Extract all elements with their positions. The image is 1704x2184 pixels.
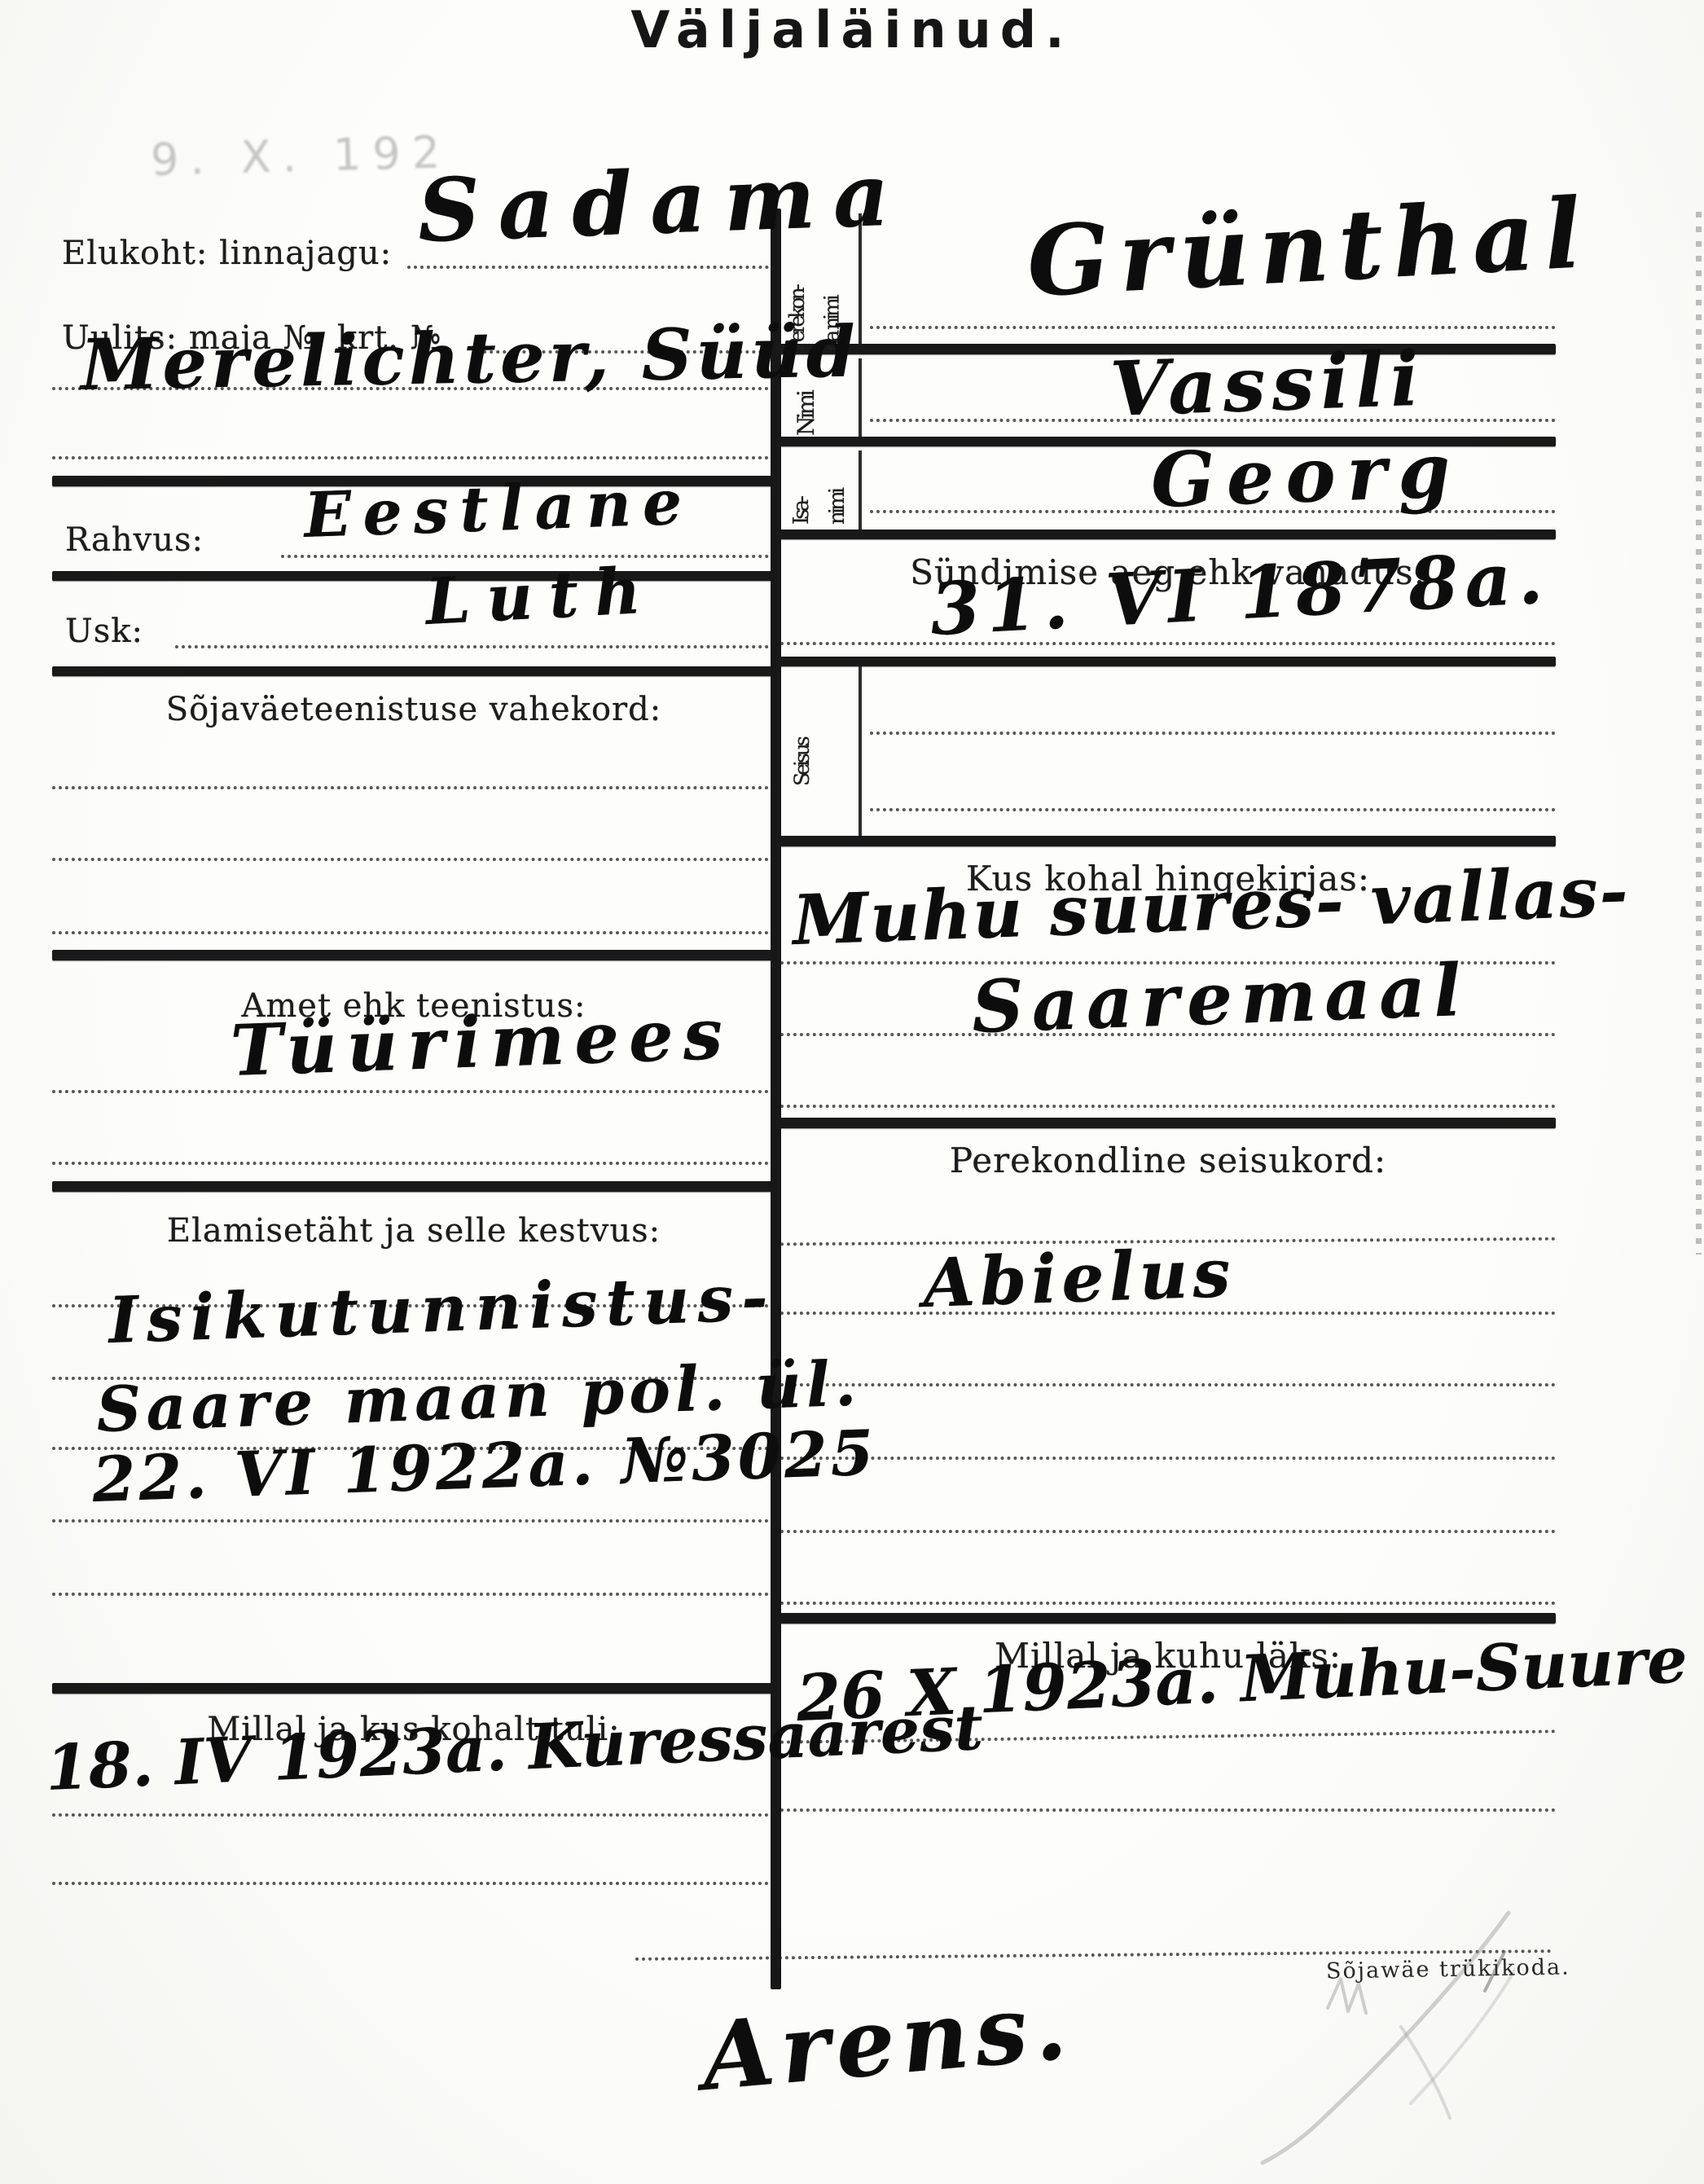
dotted-line (780, 1105, 1556, 1108)
faint-date-stamp: 9. X. 192 (150, 126, 452, 186)
label-column-line (859, 450, 862, 531)
dotted-line (52, 858, 775, 861)
dotted-line (52, 456, 775, 459)
usk-label: Usk: (65, 613, 143, 650)
official-signature-handwriting: Arens. (697, 1971, 1077, 2111)
dotted-line (780, 642, 1556, 645)
dotted-line (52, 1519, 775, 1523)
elamisetaht-label: Elamisetäht ja selle kestvus: (52, 1212, 775, 1250)
amet-value-handwriting: Tüürimees (229, 993, 733, 1092)
separator-bar (52, 571, 776, 581)
dotted-line (52, 1813, 775, 1817)
dotted-line (281, 555, 775, 558)
hingekirjas-value-line2-handwriting: Saaremaal (970, 947, 1470, 1049)
page-title: Väljaläinud. (0, 0, 1704, 59)
separator-bar (52, 666, 776, 676)
isanimi-value-handwriting: Georg (1149, 426, 1463, 525)
dotted-line (780, 1602, 1556, 1605)
scan-edge-artifact (1696, 212, 1702, 1255)
dotted-line (870, 808, 1556, 811)
registration-card: Väljaläinud. 9. X. 192 Elukoht: linnajag… (0, 0, 1704, 2184)
elamisetaht-value-line1-handwriting: Isikutunnistus- (108, 1260, 777, 1358)
laks-value-handwriting: 26 X 1923a. Muhu-Suure valda (795, 1614, 1704, 1736)
separator-bar (52, 950, 776, 960)
nimi-value-handwriting: Vassili (1109, 335, 1427, 433)
perekonnanimi-value-handwriting: Grünthal (1025, 176, 1593, 319)
perekondline-value-handwriting: Abielus (922, 1234, 1236, 1323)
printer-imprint: Sõjawäe trükikoda. (1326, 1954, 1570, 1984)
separator-bar (775, 530, 1556, 539)
rahvus-value-handwriting: Eestlane (303, 465, 695, 551)
faint-pencil-scribble (1059, 1898, 1515, 2167)
dotted-line (52, 1593, 775, 1596)
elukoht-label: Elukoht: linnajagu: (62, 235, 392, 272)
separator-bar (775, 1613, 1556, 1624)
separator-bar (775, 1118, 1556, 1128)
dotted-line (52, 1162, 775, 1165)
dotted-line (870, 732, 1556, 735)
dotted-line (407, 266, 775, 269)
separator-bar (52, 1181, 776, 1192)
dotted-line (175, 645, 775, 648)
dotted-line (780, 1530, 1556, 1533)
dotted-line (780, 1383, 1556, 1386)
dotted-line (52, 1090, 775, 1093)
separator-bar (775, 836, 1556, 846)
elukoht-value-handwriting: Sadama (416, 143, 909, 261)
label-column-line (859, 661, 862, 837)
dotted-line (52, 931, 775, 934)
isanimi-label: Isa- nimi (784, 450, 855, 525)
separator-bar (775, 657, 1556, 666)
rahvus-label: Rahvus: (65, 521, 204, 559)
sojavae-label: Sõjaväeteenistuse vahekord: (52, 691, 775, 728)
dotted-line (870, 326, 1556, 329)
perekondline-label: Perekondline seisukord: (780, 1140, 1556, 1180)
dotted-line (780, 1808, 1556, 1812)
seisus-label: Seisus (785, 692, 820, 786)
dotted-line (780, 1457, 1556, 1460)
usk-value-handwriting: Luth (424, 553, 659, 639)
separator-bar (52, 1683, 776, 1694)
dotted-line (52, 1882, 775, 1885)
uulits-value-handwriting: Merelichter, Süüd (80, 310, 859, 406)
dotted-line (52, 786, 775, 789)
